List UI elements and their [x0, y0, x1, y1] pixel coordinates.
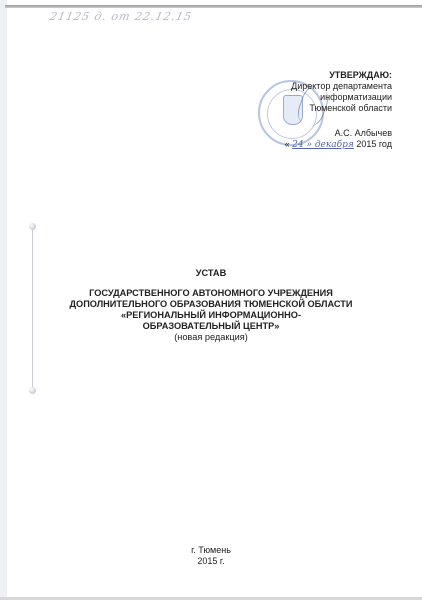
approval-position-line-1: Директор департамента: [285, 81, 392, 92]
city: г. Тюмень: [0, 545, 422, 556]
document-title-line-1: ГОСУДАРСТВЕННОГО АВТОНОМНОГО УЧРЕЖДЕНИЯ: [0, 288, 422, 299]
approval-title: УТВЕРЖДАЮ:: [285, 70, 392, 81]
approval-date: « 24 » декабря 2015 год: [285, 139, 392, 151]
date-open-quote: «: [285, 139, 290, 149]
document-title-line-4: ОБРАЗОВАТЕЛЬНЫЙ ЦЕНТР»: [0, 321, 422, 332]
approval-block: УТВЕРЖДАЮ: Директор департамента информа…: [285, 70, 392, 151]
binder-hole-top: [29, 223, 36, 230]
document-title-line-2: ДОПОЛНИТЕЛЬНОГО ОБРАЗОВАНИЯ ТЮМЕНСКОЙ ОБ…: [0, 299, 422, 310]
place-and-year: г. Тюмень 2015 г.: [0, 545, 422, 567]
approval-signatory: А.С. Албычев: [285, 128, 392, 139]
document-type: УСТАВ: [0, 268, 422, 279]
document-title-line-3: «РЕГИОНАЛЬНЫЙ ИНФОРМАЦИОННО-: [0, 310, 422, 321]
scan-top-edge: [5, 5, 422, 8]
approval-year: 2015 год: [356, 139, 392, 149]
binder-hole-bottom: [29, 387, 36, 394]
document-edition-note: (новая редакция): [0, 332, 422, 343]
approval-position-line-3: Тюменской области: [285, 103, 392, 114]
approval-position-line-2: информатизации: [285, 92, 392, 103]
year: 2015 г.: [0, 556, 422, 567]
approval-date-handwritten: 24 » декабря: [292, 140, 354, 150]
handwritten-registration-note: 21125 д. от 22.12.15: [49, 10, 194, 23]
document-title: ГОСУДАРСТВЕННОГО АВТОНОМНОГО УЧРЕЖДЕНИЯ …: [0, 288, 422, 343]
